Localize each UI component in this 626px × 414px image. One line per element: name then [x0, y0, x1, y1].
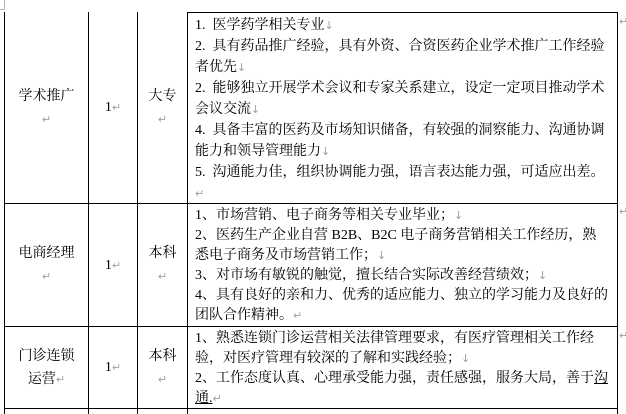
count-text: 1: [105, 100, 112, 115]
requirement-item: 5. 沟通能力佳，组织协调能力强，语言表达能力强，可适应出差。↵: [195, 162, 609, 204]
requirements-cell[interactable]: 1、熟悉连锁门诊运营相关法律管理要求，有医疗管理相关工作经验，对医疗管理有较深的…: [188, 327, 618, 409]
requirement-item: 1、熟悉连锁门诊运营相关法律管理要求，有医疗管理相关工作经验，对医疗管理有较深的…: [195, 329, 609, 369]
count-text: 1: [105, 258, 112, 273]
line-break-mark-icon: ↓: [377, 249, 386, 262]
requirements-cell[interactable]: 1. 医学药学相关专业↓ 2. 具有药品推广经验，具有外资、合资医药企业学术推广…: [188, 12, 618, 204]
requirement-item: 4、具有良好的亲和力、优秀的适应能力、独立的学习能力及良好的团队合作精神。↵: [195, 286, 609, 326]
paragraph-mark-icon: ↵: [42, 113, 51, 126]
requirement-item: 4. 具备丰富的医药及市场知识储备，有较强的洞察能力、沟通协调能力和领导管理能力…: [195, 120, 609, 162]
requirement-text: 4. 具备丰富的医药及市场知识储备，有较强的洞察能力、沟通协调能力和领导管理能力: [195, 123, 605, 159]
paragraph-mark-icon: ↵: [213, 392, 222, 405]
position-text: 学术推广: [19, 89, 75, 104]
count-cell[interactable]: 1↵: [89, 12, 138, 204]
text-boundary-mark: [4, 0, 5, 9]
position-text: 电商经理: [19, 246, 75, 261]
requirements-cell[interactable]: [188, 409, 618, 414]
requirement-text: 1、熟悉连锁门诊运营相关法律管理要求，有医疗管理相关工作经验，对医疗管理有较深的…: [195, 331, 594, 366]
education-cell[interactable]: [138, 409, 188, 414]
document-page: ↵ ↵ ↵ 学术推广↵ 1↵ 大专↵ 1. 医学药学相关专业↓ 2. 具有药品推…: [0, 0, 626, 414]
requirement-text: 1. 医学药学相关专业: [195, 18, 325, 33]
line-break-mark-icon: ↓: [237, 61, 246, 74]
requirement-item: 2、工作态度认真、心理承受能力强，责任感强，服务大局，善于沟通.↵: [195, 369, 609, 409]
paragraph-mark-icon: ↵: [158, 113, 167, 126]
text-boundary-mark: [0, 9, 5, 10]
requirement-item: 2. 具有药品推广经验，具有外资、合资医药企业学术推广工作经验者优先↓: [195, 36, 609, 78]
row-end-mark: ↵: [619, 206, 626, 217]
position-text: 门诊连锁运营: [19, 349, 75, 387]
requirement-item: 1、市场营销、电子商务等相关专业毕业；↓: [195, 206, 609, 226]
requirement-text: 1、市场营销、电子商务等相关专业毕业；: [195, 208, 454, 223]
paragraph-mark-icon: ↵: [158, 373, 167, 386]
requirement-item: 3、对市场有敏锐的触觉，擅长结合实际改善经营绩效；↓: [195, 266, 609, 286]
position-cell[interactable]: 门诊连锁运营↵: [5, 327, 89, 409]
position-cell[interactable]: 电商经理↵: [5, 204, 89, 327]
education-cell[interactable]: 大专↵: [138, 12, 188, 204]
paragraph-mark-icon: ↵: [293, 309, 302, 322]
paragraph-mark-icon: ↵: [56, 373, 65, 386]
requirement-item: 2. 能够独立开展学术会议和专家关系建立，设定一定项目推动学术会议交流↓: [195, 78, 609, 120]
requirement-item: 1. 医学药学相关专业↓: [195, 15, 609, 36]
paragraph-mark-icon: ↵: [42, 270, 51, 283]
paragraph-mark-icon: ↵: [158, 270, 167, 283]
paragraph-mark-icon: ↵: [195, 187, 204, 200]
requirement-text: 3、对市场有敏锐的触觉，擅长结合实际改善经营绩效；: [195, 268, 538, 283]
line-break-mark-icon: ↓: [251, 103, 260, 116]
requirements-cell[interactable]: 1、市场营销、电子商务等相关专业毕业；↓ 2、医药生产企业自营 B2B、B2C …: [188, 204, 618, 327]
count-cell[interactable]: 1↵: [89, 327, 138, 409]
row-end-mark: ↵: [619, 330, 626, 341]
paragraph-mark-icon: ↵: [112, 361, 121, 374]
position-cell[interactable]: [5, 409, 89, 414]
requirement-text: 2、医药生产企业自营 B2B、B2C 电子商务营销相关工作经历，熟悉电子商务及市…: [195, 228, 596, 263]
education-text: 本科: [149, 246, 177, 261]
count-text: 1: [105, 360, 112, 375]
count-cell[interactable]: [89, 409, 138, 414]
position-cell[interactable]: 学术推广↵: [5, 12, 89, 204]
line-break-mark-icon: ↓: [454, 209, 463, 222]
requirement-text: 5. 沟通能力佳，组织协调能力强，语言表达能力强，可适应出差。: [195, 165, 605, 180]
requirement-text: 2. 具有药品推广经验，具有外资、合资医药企业学术推广工作经验者优先: [195, 39, 605, 75]
requirement-text: 2、工作态度认真、心理承受能力强，责任感强，服务大局，善于: [195, 371, 594, 386]
paragraph-mark-icon: ↵: [112, 259, 121, 272]
requirement-item: 2、医药生产企业自营 B2B、B2C 电子商务营销相关工作经历，熟悉电子商务及市…: [195, 226, 609, 266]
line-break-mark-icon: ↓: [461, 352, 470, 365]
requirement-text: 4、具有良好的亲和力、优秀的适应能力、独立的学习能力及良好的团队合作精神。: [195, 288, 608, 323]
line-break-mark-icon: ↓: [325, 19, 334, 32]
job-requirements-table: 学术推广↵ 1↵ 大专↵ 1. 医学药学相关专业↓ 2. 具有药品推广经验，具有…: [4, 12, 618, 414]
education-cell[interactable]: 本科↵: [138, 327, 188, 409]
education-cell[interactable]: 本科↵: [138, 204, 188, 327]
count-cell[interactable]: 1↵: [89, 204, 138, 327]
education-text: 大专: [149, 89, 177, 104]
line-break-mark-icon: ↓: [538, 269, 547, 282]
education-text: 本科: [149, 349, 177, 364]
line-break-mark-icon: ↓: [321, 145, 330, 158]
paragraph-mark-icon: ↵: [112, 101, 121, 114]
row-end-mark: ↵: [619, 16, 626, 27]
